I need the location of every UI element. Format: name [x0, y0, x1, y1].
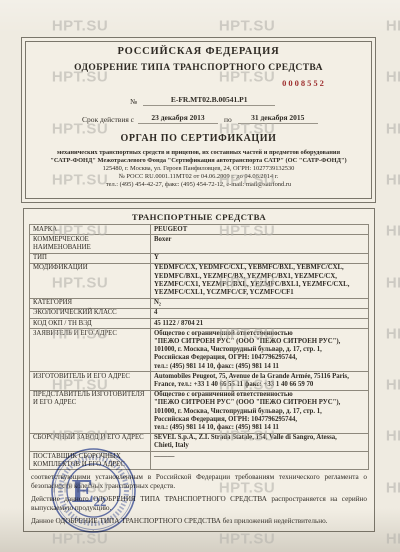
validity-scope-paragraph: Действие данного ОДОБРЕНИЯ ТИПА ТРАНСПОР… [31, 495, 367, 512]
watermark: HPT.SU [219, 18, 275, 35]
watermark: HPT.SU [219, 531, 275, 548]
validity-from-date: 23 декабря 2013 [138, 113, 218, 124]
table-row: ЭКОЛОГИЧЕСКИЙ КЛАСС4 [30, 308, 369, 318]
cert-line: 125480, г. Москва, ул. Героев Панфиловце… [30, 165, 367, 173]
row-value: SEVEL S.p.A., Z.I. Strada Statale, 154, … [151, 433, 369, 451]
watermark: HPT.SU [386, 274, 400, 291]
row-value: Общество с ограниченной ответственностью… [151, 390, 369, 433]
validity-prefix: Срок действия с [82, 115, 134, 124]
row-label: КАТЕГОРИЯ [30, 298, 151, 308]
row-label: СБОРОЧНЫЙ ЗАВОД И ЕГО АДРЕС [30, 433, 151, 451]
vehicle-table: МАРКАPEUGEOT КОММЕРЧЕСКОЕ НАИМЕНОВАНИЕBo… [29, 224, 369, 470]
row-value: Boxer [151, 235, 369, 253]
watermark: HPT.SU [386, 120, 400, 137]
table-row: МАРКАPEUGEOT [30, 225, 369, 235]
validity-to-label: по [224, 115, 232, 124]
row-value: PEUGEOT [151, 225, 369, 235]
document-header-frame-inner: РОССИЙСКАЯ ФЕДЕРАЦИЯ ОДОБРЕНИЕ ТИПА ТРАН… [25, 41, 372, 199]
table-row: ТИПY [30, 253, 369, 263]
row-label: ЗАЯВИТЕЛЬ И ЕГО АДРЕС [30, 329, 151, 372]
watermark: HPT.SU [386, 18, 400, 35]
watermark: HPT.SU [386, 377, 400, 394]
validity-to-date: 31 декабря 2015 [238, 113, 318, 124]
table-row: ПРЕДСТАВИТЕЛЬ ИЗГОТОВИТЕЛЯ И ЕГО АДРЕСОб… [30, 390, 369, 433]
table-row: ЗАЯВИТЕЛЬ И ЕГО АДРЕСОбщество с ограниче… [30, 329, 369, 372]
document-header-frame: РОССИЙСКАЯ ФЕДЕРАЦИЯ ОДОБРЕНИЕ ТИПА ТРАН… [21, 37, 376, 203]
row-value: Automobiles Peugeot, 75, Avenue de la Gr… [151, 372, 369, 390]
certification-body-title: ОРГАН ПО СЕРТИФИКАЦИИ [26, 133, 371, 144]
row-label: КОММЕРЧЕСКОЕ НАИМЕНОВАНИЕ [30, 235, 151, 253]
table-row: КОММЕРЧЕСКОЕ НАИМЕНОВАНИЕBoxer [30, 235, 369, 253]
watermark: HPT.SU [386, 325, 400, 342]
country-title: РОССИЙСКАЯ ФЕДЕРАЦИЯ [26, 46, 371, 57]
table-row: КАТЕГОРИЯN₂ [30, 298, 369, 308]
serial-number: 0008552 [264, 78, 344, 88]
validity-line: Срок действия с 23 декабря 2013 по 31 де… [26, 113, 371, 124]
row-value: N₂ [151, 298, 369, 308]
cert-line: механических транспортных средств и приц… [30, 149, 367, 157]
number-sign: № [130, 97, 137, 106]
row-value: Общество с ограниченной ответственностью… [151, 329, 369, 372]
cert-line: "САТР-ФОНД" Межотраслевого Фонда "Сертиф… [30, 157, 367, 165]
watermark: HPT.SU [386, 223, 400, 240]
watermark: HPT.SU [386, 69, 400, 86]
table-row: СБОРОЧНЫЙ ЗАВОД И ЕГО АДРЕСSEVEL S.p.A.,… [30, 433, 369, 451]
row-label: КОД ОКП / ТН ВЭД [30, 319, 151, 329]
row-value: 45 1122 / 8704 21 [151, 319, 369, 329]
row-value: Y [151, 253, 369, 263]
watermark: HPT.SU [386, 531, 400, 548]
watermark: HPT.SU [386, 171, 400, 188]
cert-line: тел.: (495) 454-42-27, факс: (495) 454-7… [30, 181, 367, 189]
table-row: МОДИФИКАЦИИYEDMFC/CX, YEDMFC/CXL, YEBMFC… [30, 263, 369, 298]
row-label: ТИП [30, 253, 151, 263]
table-row: ПОСТАВЩИК СБОРОЧНЫХ КОМПЛЕКТОВ И ЕГО АДР… [30, 452, 369, 470]
row-label: ПОСТАВЩИК СБОРОЧНЫХ КОМПЛЕКТОВ И ЕГО АДР… [30, 452, 151, 470]
watermark: HPT.SU [52, 18, 108, 35]
certification-body-details: механических транспортных средств и приц… [30, 149, 367, 189]
attachments-required-paragraph: Данное ОДОБРЕНИЕ ТИПА ТРАНСПОРТНОГО СРЕД… [31, 517, 367, 526]
document-title: ОДОБРЕНИЕ ТИПА ТРАНСПОРТНОГО СРЕДСТВА [26, 63, 371, 73]
approval-number-value: E-FR.MT02.B.00541.P1 [143, 95, 275, 106]
row-value: ——— [151, 452, 369, 470]
approval-number-line: № E-FR.MT02.B.00541.P1 [26, 95, 371, 106]
row-label: МАРКА [30, 225, 151, 235]
watermark: HPT.SU [386, 428, 400, 445]
footer-paragraphs: соответствующими установленным в Российс… [31, 473, 367, 532]
row-label: ЭКОЛОГИЧЕСКИЙ КЛАСС [30, 308, 151, 318]
row-value: 4 [151, 308, 369, 318]
watermark: HPT.SU [386, 479, 400, 496]
row-label: ПРЕДСТАВИТЕЛЬ ИЗГОТОВИТЕЛЯ И ЕГО АДРЕС [30, 390, 151, 433]
table-row: КОД ОКП / ТН ВЭД45 1122 / 8704 21 [30, 319, 369, 329]
vehicle-section-title: ТРАНСПОРТНЫЕ СРЕДСТВА [24, 212, 374, 222]
table-row: ИЗГОТОВИТЕЛЬ И ЕГО АДРЕСAutomobiles Peug… [30, 372, 369, 390]
appendix-reference: Приложение №1. Общие характеристики тран… [31, 530, 367, 532]
row-label: МОДИФИКАЦИИ [30, 263, 151, 298]
cert-line: № РОСС RU.0001.11МТ02 от 04.06.2009 г. д… [30, 173, 367, 181]
vehicle-section-frame: ТРАНСПОРТНЫЕ СРЕДСТВА МАРКАPEUGEOT КОММЕ… [23, 208, 375, 532]
compliance-paragraph: соответствующими установленным в Российс… [31, 473, 367, 490]
watermark: HPT.SU [52, 531, 108, 548]
row-value: YEDMFC/CX, YEDMFC/CXL, YEBMFC/BXL, YEBMF… [151, 263, 369, 298]
row-label: ИЗГОТОВИТЕЛЬ И ЕГО АДРЕС [30, 372, 151, 390]
